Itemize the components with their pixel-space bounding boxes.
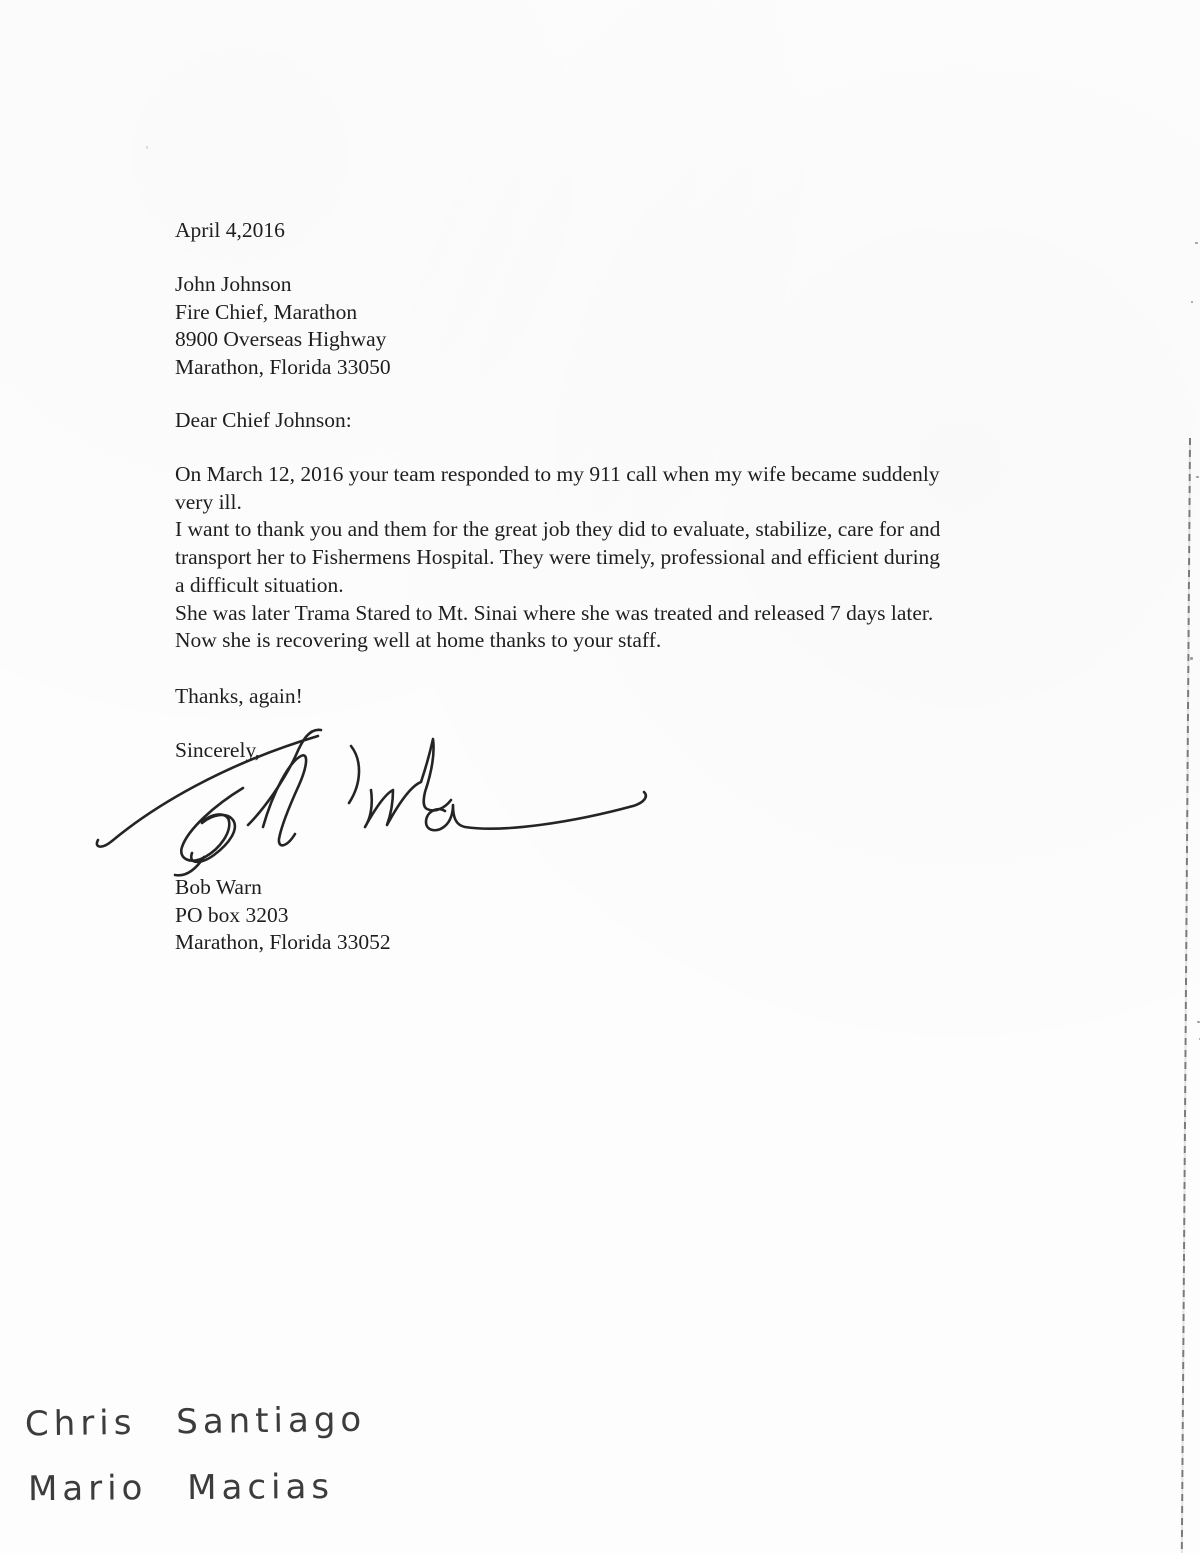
scanned-letter-page: April 4,2016 John JohnsonFire Chief, Mar… <box>0 0 1200 1553</box>
text-line: John Johnson <box>175 271 391 299</box>
handwritten-annotation-1: Chris Santiago <box>25 1400 367 1445</box>
scan-speck <box>1196 476 1199 478</box>
text-line: PO box 3203 <box>175 902 391 930</box>
text-line: a difficult situation. <box>175 572 940 600</box>
salutation: Dear Chief Johnson: <box>175 407 352 435</box>
text-line: Now she is recovering well at home thank… <box>175 627 940 655</box>
text-line: 8900 Overseas Highway <box>175 326 391 354</box>
scan-speck <box>1195 242 1198 244</box>
text-line: She was later Trama Stared to Mt. Sinai … <box>175 600 940 628</box>
text-line: very ill. <box>175 489 940 517</box>
text-line: Fire Chief, Marathon <box>175 299 391 327</box>
text-line: Bob Warn <box>175 874 391 902</box>
text-line: Marathon, Florida 33052 <box>175 929 391 957</box>
sender-address-block: Bob WarnPO box 3203Marathon, Florida 330… <box>175 874 391 957</box>
date-line: April 4,2016 <box>175 217 285 245</box>
scan-speck <box>146 146 148 149</box>
text-line: Marathon, Florida 33050 <box>175 354 391 382</box>
letter-body: On March 12, 2016 your team responded to… <box>175 461 940 655</box>
scan-artifact-vertical-line <box>1181 438 1191 1553</box>
handwritten-annotation-2: Mario Macias <box>28 1467 334 1509</box>
text-line: transport her to Fishermens Hospital. Th… <box>175 544 940 572</box>
scan-speck <box>1191 301 1193 303</box>
text-line: I want to thank you and them for the gre… <box>175 516 940 544</box>
handwritten-signature <box>92 726 654 878</box>
recipient-address-block: John JohnsonFire Chief, Marathon8900 Ove… <box>175 271 391 382</box>
scan-speck <box>1190 657 1193 660</box>
text-line: On March 12, 2016 your team responded to… <box>175 461 940 489</box>
thanks-line: Thanks, again! <box>175 683 303 711</box>
